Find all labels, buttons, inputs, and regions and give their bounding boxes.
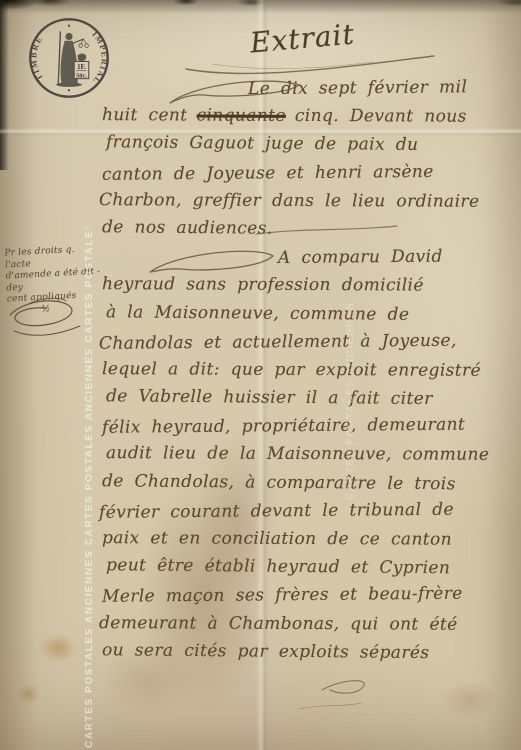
watermark-left-strip: CARTES POSTALES ANCIENNES CARTES POSTALE…: [84, 228, 97, 748]
body-line-02-post: cinq. Devant nous: [295, 106, 467, 127]
body-line-10: Chandolas et actuellement à Joyeuse,: [99, 326, 514, 358]
body-line-17: paix et en conciliation de ce canton: [102, 524, 514, 554]
photo-edge-left: [0, 0, 9, 170]
body-line-20: demeurant à Chambonas, qui ont été: [99, 609, 514, 639]
closing-flourish: [322, 681, 364, 693]
stamp-value-top: 1F.: [77, 64, 86, 71]
body-line-04: canton de Joyeuse et henri arsène: [102, 157, 514, 189]
imperial-stamp-icon: TIMBRE IMPÉRIAL 1F. 50c.: [26, 15, 112, 101]
stamp-value-bottom: 50c.: [76, 72, 87, 79]
body-line-12: de Vabrelle huissier il a fait citer: [106, 382, 514, 414]
watermark-center-strip: CARTES POSTALES ANCIENNES: [345, 288, 358, 500]
body-line-15: de Chandolas, à comparaître le trois: [102, 467, 514, 499]
document-body: Le dix sept février mil huit centcinquan…: [102, 74, 514, 666]
body-line-16: février courant devant le tribunal de: [99, 495, 514, 527]
struck-word: cinquante: [197, 106, 286, 126]
body-line-09: à la Maisonneuve, commune de: [106, 298, 514, 330]
body-line-21: ou sera cités par exploits séparés: [102, 636, 514, 668]
document-page: TIMBRE IMPÉRIAL 1F. 50c. Extrait Le dix …: [0, 0, 521, 750]
body-line-01: Le dix sept février mil: [248, 73, 514, 104]
body-line-05: Charbon, greffier dans le lieu ordinaire: [99, 186, 514, 216]
body-line-11: lequel a dit: que par exploit enregistré: [102, 355, 514, 385]
body-line-18: peut être établi heyraud et Cyprien: [106, 551, 514, 583]
body-line-08: heyraud sans profession domicilié: [102, 270, 514, 300]
title-underline-flourish: [186, 56, 434, 73]
body-line-14: audit lieu de la Maisonneuve, commune: [106, 440, 514, 470]
body-line-03: françois Gaguot juge de paix du: [106, 129, 514, 161]
body-line-13: félix heyraud, propriétaire, demeurant: [102, 410, 514, 442]
body-line-06: de nos audiences.: [102, 213, 514, 245]
body-line-02-pre: huit cent: [102, 105, 188, 125]
body-line-19: Merle maçon ses frères et beau-frère: [102, 580, 514, 612]
body-line-07: A comparu David: [278, 242, 514, 272]
stamp-denomination: 1F. 50c.: [74, 61, 89, 79]
body-line-02: huit centcinquantecinq. Devant nous: [102, 101, 514, 131]
